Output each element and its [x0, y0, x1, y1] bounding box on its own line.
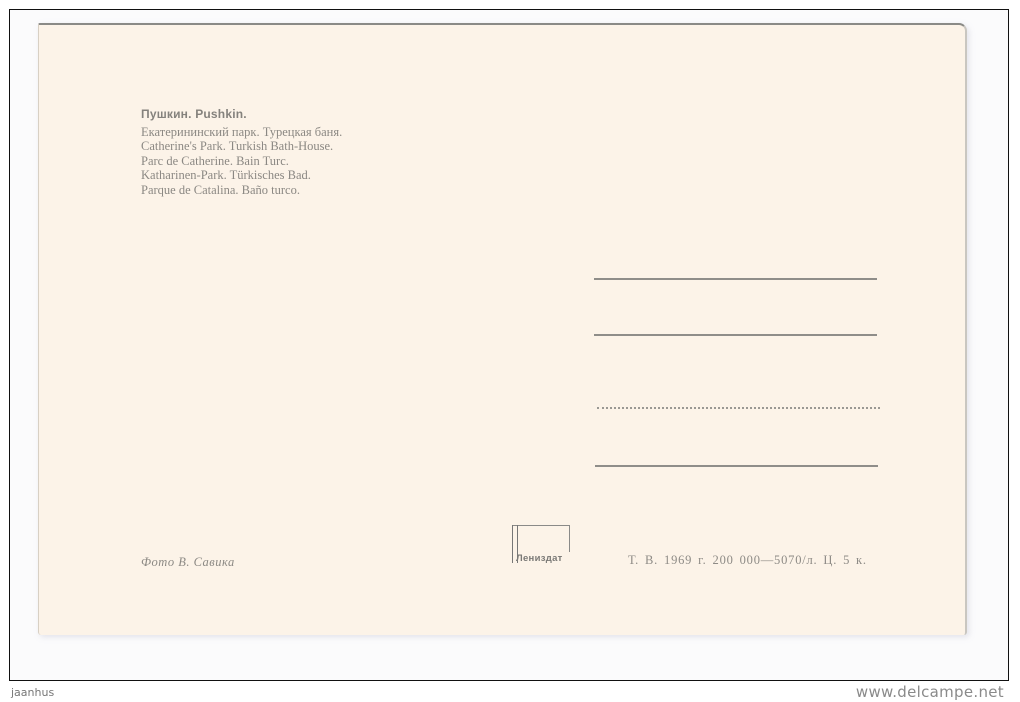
address-line-4: [595, 465, 878, 467]
address-line-1: [594, 278, 877, 280]
caption-line-spanish: Parque de Catalina. Baño turco.: [141, 183, 342, 198]
caption-line-french: Parc de Catherine. Bain Turc.: [141, 154, 342, 169]
publisher-name: Лениздат: [516, 553, 563, 564]
address-line-2: [594, 334, 877, 336]
publisher-logo: Лениздат: [510, 523, 572, 569]
postcard-caption: Пушкин. Pushkin. Екатерининский парк. Ту…: [141, 107, 342, 197]
caption-line-english: Catherine's Park. Turkish Bath-House.: [141, 139, 342, 154]
open-book-icon: [512, 525, 570, 552]
caption-line-german: Katharinen-Park. Türkisches Bad.: [141, 168, 342, 183]
address-line-3-dotted: [597, 407, 880, 409]
imprint-line: Т. В. 1969 г. 200 000—5070/л. Ц. 5 к.: [628, 553, 867, 568]
seller-watermark: jaanhus: [11, 686, 54, 699]
site-watermark: www.delcampe.net: [856, 683, 1004, 701]
caption-title: Пушкин. Pushkin.: [141, 107, 342, 122]
caption-line-russian: Екатерининский парк. Турецкая баня.: [141, 125, 342, 140]
photo-credit: Фото В. Савика: [141, 555, 235, 570]
